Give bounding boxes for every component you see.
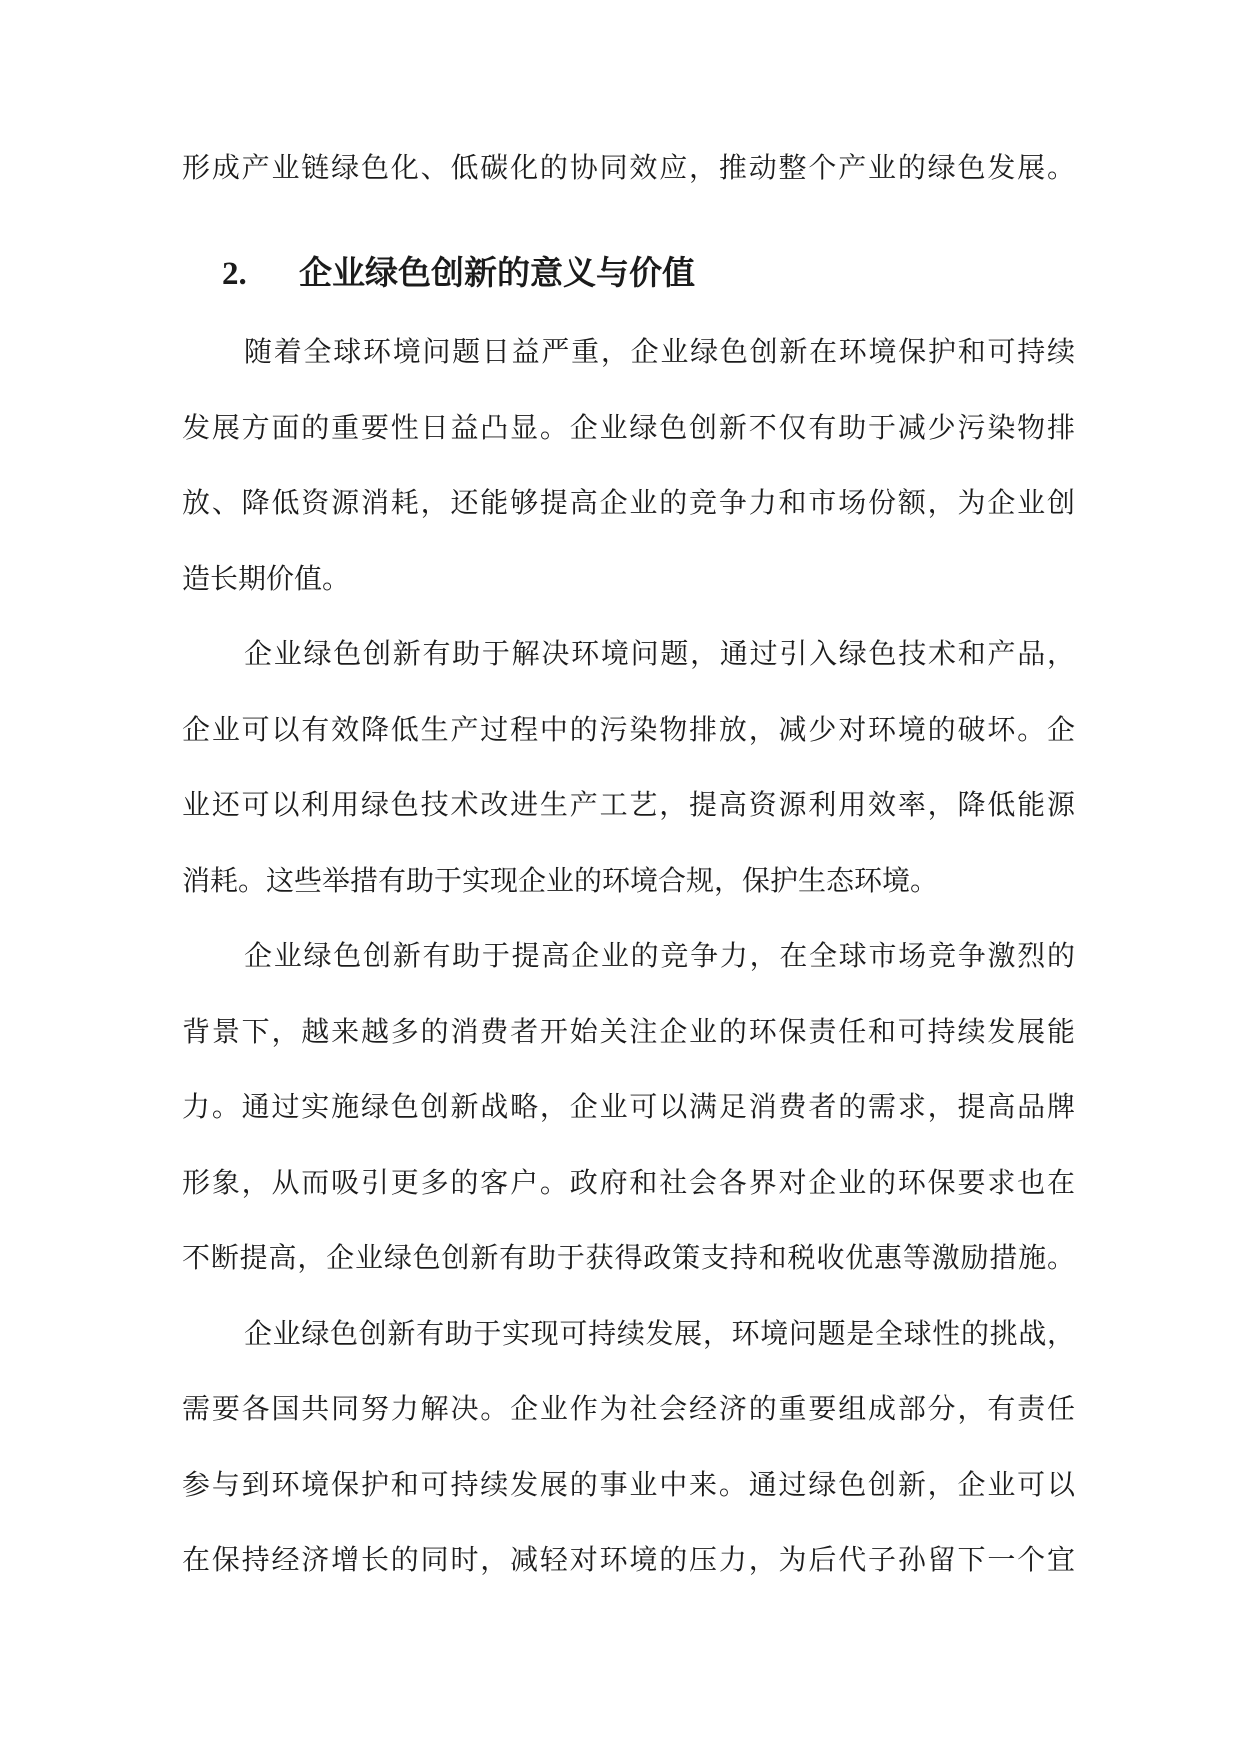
paragraph-line: 不断提高，企业绿色创新有助于获得政策支持和税收优惠等激励措施。 — [182, 1221, 1075, 1297]
paragraphs-container: 随着全球环境问题日益严重，企业绿色创新在环境保护和可持续发展方面的重要性日益凸显… — [182, 315, 1075, 1599]
paragraph-line: 消耗。这些举措有助于实现企业的环境合规，保护生态环境。 — [182, 844, 1075, 920]
paragraph-line: 参与到环境保护和可持续发展的事业中来。通过绿色创新，企业可以 — [182, 1448, 1075, 1524]
paragraph-line: 需要各国共同努力解决。企业作为社会经济的重要组成部分，有责任 — [182, 1372, 1075, 1448]
paragraph-line: 力。通过实施绿色创新战略，企业可以满足消费者的需求，提高品牌 — [182, 1070, 1075, 1146]
paragraph-line: 企业绿色创新有助于实现可持续发展，环境问题是全球性的挑战， — [182, 1297, 1075, 1373]
paragraph: 企业绿色创新有助于提高企业的竞争力，在全球市场竞争激烈的背景下，越来越多的消费者… — [182, 919, 1075, 1297]
paragraph-line: 业还可以利用绿色技术改进生产工艺，提高资源利用效率，降低能源 — [182, 768, 1075, 844]
paragraph-line: 随着全球环境问题日益严重，企业绿色创新在环境保护和可持续 — [182, 315, 1075, 391]
paragraph-line: 在保持经济增长的同时，减轻对环境的压力，为后代子孙留下一个宜 — [182, 1523, 1075, 1599]
paragraph-line: 发展方面的重要性日益凸显。企业绿色创新不仅有助于减少污染物排 — [182, 391, 1075, 467]
paragraph: 企业绿色创新有助于解决环境问题，通过引入绿色技术和产品，企业可以有效降低生产过程… — [182, 617, 1075, 919]
paragraph-line: 造长期价值。 — [182, 542, 1075, 618]
paragraph-line: 企业绿色创新有助于解决环境问题，通过引入绿色技术和产品， — [182, 617, 1075, 693]
paragraph-line: 企业可以有效降低生产过程中的污染物排放，减少对环境的破坏。企 — [182, 693, 1075, 769]
text-block: 形成产业链绿色化、低碳化的协同效应，推动整个产业的绿色发展。 2. 企业绿色创新… — [182, 131, 1075, 1599]
section-title: 企业绿色创新的意义与价值 — [299, 256, 695, 292]
paragraph: 企业绿色创新有助于实现可持续发展，环境问题是全球性的挑战，需要各国共同努力解决。… — [182, 1297, 1075, 1599]
intro-paragraph-line: 形成产业链绿色化、低碳化的协同效应，推动整个产业的绿色发展。 — [182, 131, 1075, 207]
paragraph-line: 背景下，越来越多的消费者开始关注企业的环保责任和可持续发展能 — [182, 995, 1075, 1071]
paragraph-line: 企业绿色创新有助于提高企业的竞争力，在全球市场竞争激烈的 — [182, 919, 1075, 995]
paragraph-line: 放、降低资源消耗，还能够提高企业的竞争力和市场份额，为企业创 — [182, 466, 1075, 542]
paragraph-line: 形象，从而吸引更多的客户。政府和社会各界对企业的环保要求也在 — [182, 1146, 1075, 1222]
section-heading: 2. 企业绿色创新的意义与价值 — [182, 237, 1075, 313]
document-page: 形成产业链绿色化、低碳化的协同效应，推动整个产业的绿色发展。 2. 企业绿色创新… — [0, 0, 1241, 1754]
paragraph: 随着全球环境问题日益严重，企业绿色创新在环境保护和可持续发展方面的重要性日益凸显… — [182, 315, 1075, 617]
section-number: 2. — [222, 256, 247, 292]
